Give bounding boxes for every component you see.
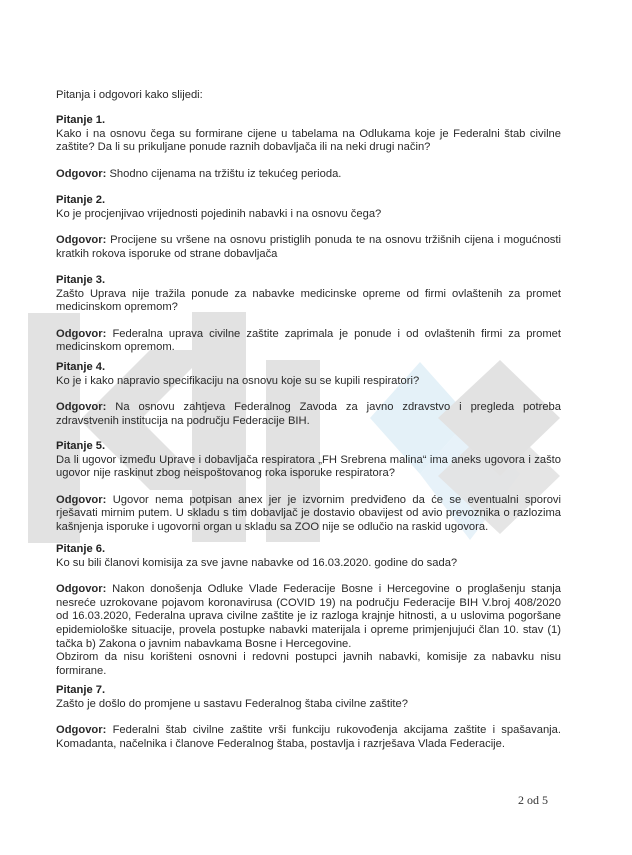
answer-label: Odgovor:	[56, 494, 106, 506]
qa-item-7: Pitanje 7. Zašto je došlo do promjene u …	[56, 684, 561, 751]
qa-item-4: Pitanje 4. Ko je i kako napravio specifi…	[56, 361, 561, 428]
qa-item-6: Pitanje 6. Ko su bili članovi komisija z…	[56, 543, 561, 678]
question-text: Ko je procjenjivao vrijednosti pojedinih…	[56, 208, 561, 222]
answer-label: Odgovor:	[56, 724, 106, 736]
question-label: Pitanje 1.	[56, 114, 561, 128]
question-label: Pitanje 6.	[56, 543, 561, 557]
answer: Odgovor: Shodno cijenama na tržištu iz t…	[56, 168, 561, 182]
question-text: Ko su bili članovi komisija za sve javne…	[56, 557, 561, 571]
question-label: Pitanje 4.	[56, 361, 561, 375]
answer: Odgovor: Na osnovu zahtjeva Federalnog Z…	[56, 401, 561, 428]
qa-item-1: Pitanje 1. Kako i na osnovu čega su form…	[56, 114, 561, 181]
question-text: Da li ugovor između Uprave i dobavljača …	[56, 454, 561, 481]
page-number: 2 od 5	[518, 793, 548, 808]
question-label: Pitanje 2.	[56, 194, 561, 208]
question-text: Ko je i kako napravio specifikaciju na o…	[56, 375, 561, 389]
answer: Odgovor: Federalni štab civilne zaštite …	[56, 724, 561, 751]
answer-label: Odgovor:	[56, 401, 106, 413]
qa-item-3: Pitanje 3. Zašto Uprava nije tražila pon…	[56, 274, 561, 355]
answer: Odgovor: Ugovor nema potpisan anex jer j…	[56, 494, 561, 535]
qa-item-5: Pitanje 5. Da li ugovor između Uprave i …	[56, 440, 561, 535]
answer-extra-text: Obzirom da nisu korišteni osnovni i redo…	[56, 651, 561, 678]
question-text: Kako i na osnovu čega su formirane cijen…	[56, 128, 561, 155]
answer-text: Shodno cijenama na tržištu iz tekućeg pe…	[109, 168, 341, 180]
qa-item-2: Pitanje 2. Ko je procjenjivao vrijednost…	[56, 194, 561, 261]
intro-text: Pitanja i odgovori kako slijedi:	[56, 89, 203, 101]
answer: Odgovor: Federalna uprava civilne zaštit…	[56, 328, 561, 355]
answer-text: Nakon donošenja Odluke Vlade Federacije …	[56, 583, 561, 649]
answer-label: Odgovor:	[56, 328, 106, 340]
answer-text: Federalna uprava civilne zaštite zaprima…	[56, 328, 561, 354]
answer-text: Procijene su vršene na osnovu pristiglih…	[56, 234, 561, 260]
question-label: Pitanje 5.	[56, 440, 561, 454]
question-text: Zašto Uprava nije tražila ponude za naba…	[56, 288, 561, 315]
question-label: Pitanje 3.	[56, 274, 561, 288]
answer-text: Ugovor nema potpisan anex jer je izvorni…	[56, 494, 561, 533]
answer-label: Odgovor:	[56, 234, 106, 246]
answer-text: Federalni štab civilne zaštite vrši funk…	[56, 724, 561, 750]
answer: Odgovor: Procijene su vršene na osnovu p…	[56, 234, 561, 261]
answer-label: Odgovor:	[56, 168, 106, 180]
answer: Odgovor: Nakon donošenja Odluke Vlade Fe…	[56, 583, 561, 651]
answer-text: Na osnovu zahtjeva Federalnog Zavoda za …	[56, 401, 561, 427]
question-text: Zašto je došlo do promjene u sastavu Fed…	[56, 698, 561, 712]
answer-label: Odgovor:	[56, 583, 106, 595]
question-label: Pitanje 7.	[56, 684, 561, 698]
